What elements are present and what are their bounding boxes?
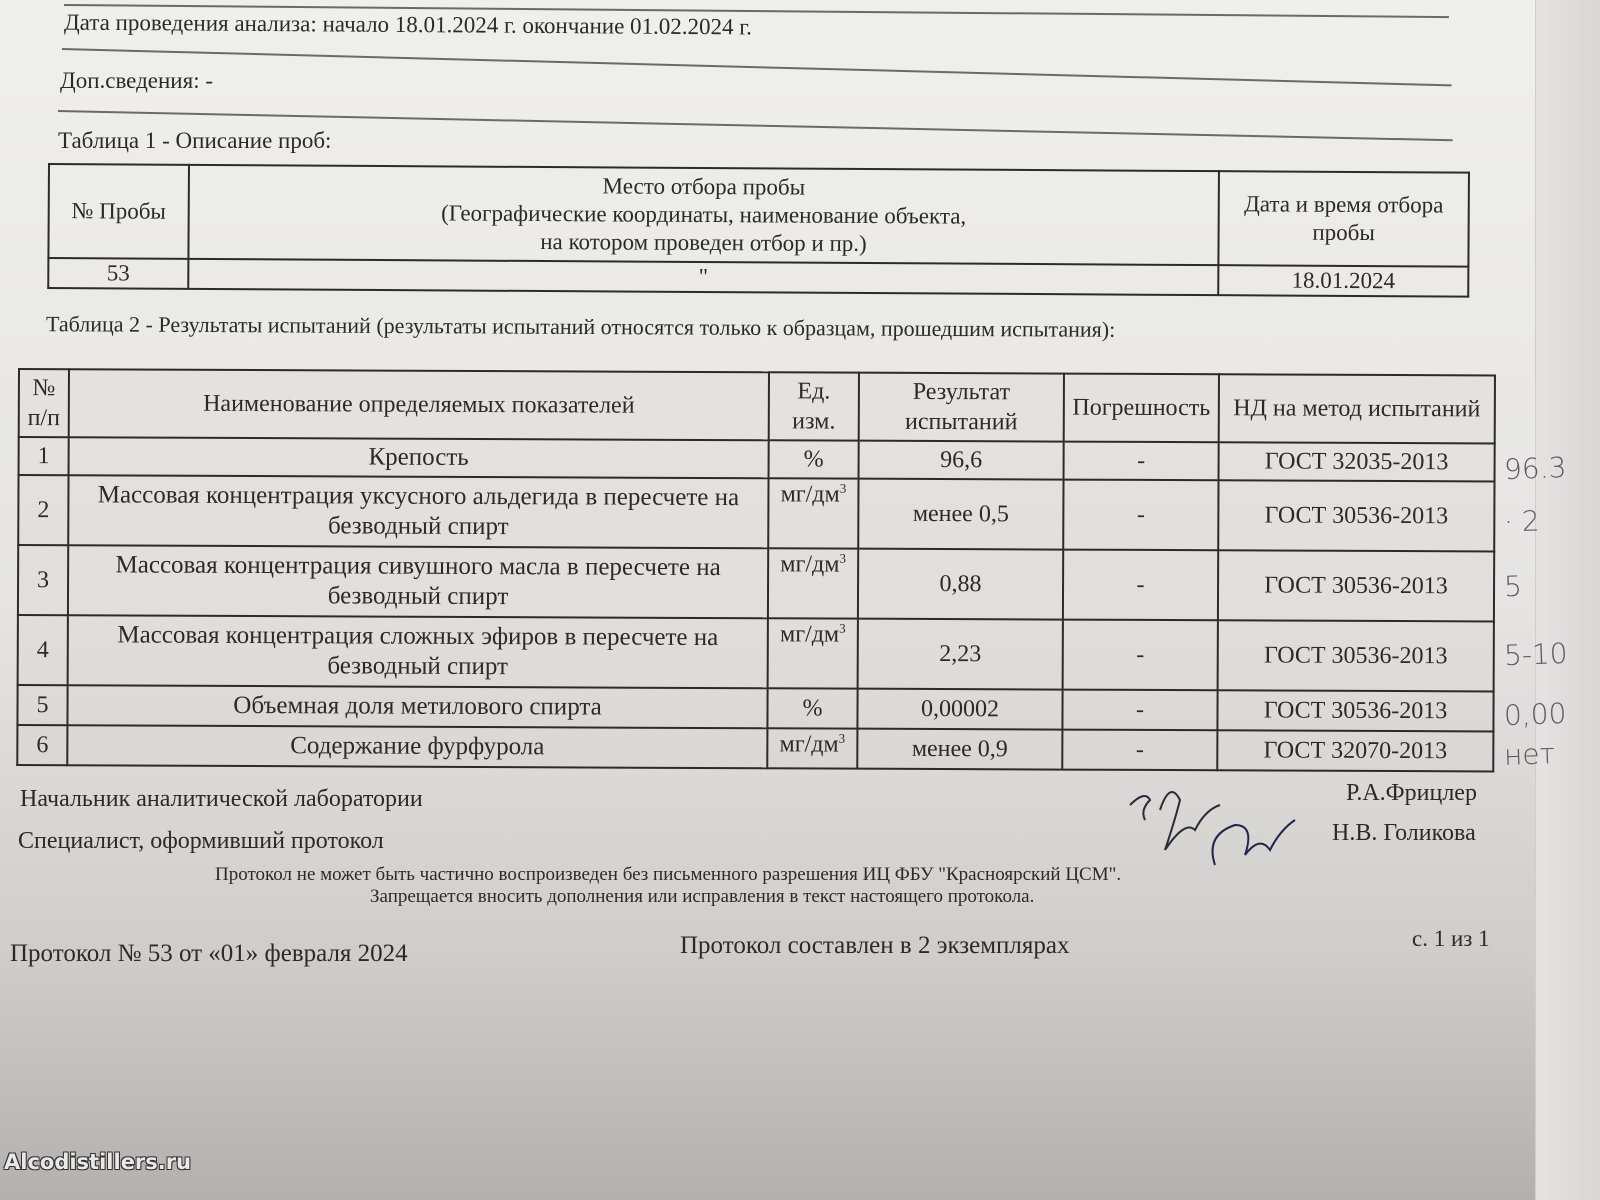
cell-datetime: 18.01.2024 xyxy=(1218,265,1468,297)
header-method: НД на метод испытаний xyxy=(1219,374,1495,443)
cell-no: 3 xyxy=(18,545,68,615)
header-name: Наименование определяемых показателей xyxy=(69,369,769,440)
analysis-dates: Дата проведения анализа: начало 18.01.20… xyxy=(64,10,752,41)
page-edge xyxy=(1535,0,1600,1200)
handwritten-note: 0,00 xyxy=(1503,697,1566,732)
cell-result: 0,00002 xyxy=(857,689,1062,730)
table1-caption: Таблица 1 - Описание проб: xyxy=(58,128,331,154)
unit-text: мг/дм xyxy=(780,621,839,647)
unit-text: мг/дм xyxy=(780,551,839,577)
cell-no: 4 xyxy=(18,615,68,685)
notice-reproduction: Протокол не может быть частично воспроиз… xyxy=(215,864,1121,886)
results-table: № п/п Наименование определяемых показате… xyxy=(16,368,1496,772)
table-row: 4Массовая концентрация сложных эфиров в … xyxy=(18,615,1494,691)
table-row: 1Крепость%96,6-ГОСТ 32035-2013 xyxy=(19,437,1495,481)
cell-unit: мг/дм3 xyxy=(767,728,857,768)
handwritten-note: · 2 xyxy=(1503,504,1540,538)
head-name: Р.А.Фрицлер xyxy=(1346,780,1477,807)
unit-text: мг/дм xyxy=(779,731,838,757)
cell-result: 2,23 xyxy=(858,619,1063,690)
table-row: 6Содержание фурфуроламг/дм3менее 0,9-ГОС… xyxy=(17,725,1493,771)
handwritten-note: 96.3 xyxy=(1503,451,1566,486)
table-row: 3Массовая концентрация сивушного масла в… xyxy=(18,545,1494,621)
protocol-copies: Протокол составлен в 2 экземплярах xyxy=(680,932,1070,960)
cell-result: 0,88 xyxy=(858,549,1063,620)
unit-superscript: 3 xyxy=(839,621,846,636)
table-header-row: № п/п Наименование определяемых показате… xyxy=(19,369,1495,443)
header-unit: Ед. изм. xyxy=(769,372,859,440)
table-row: 2Массовая концентрация уксусного альдеги… xyxy=(18,475,1494,551)
cell-name: Массовая концентрация уксусного альдегид… xyxy=(68,475,768,548)
unit-text: % xyxy=(804,446,824,472)
table-header-row: № Пробы Место отбора пробы (Географическ… xyxy=(48,164,1469,267)
cell-no: 6 xyxy=(17,725,67,765)
cell-method: ГОСТ 32070-2013 xyxy=(1217,730,1493,771)
head-title: Начальник аналитической лаборатории xyxy=(20,786,423,813)
cell-method: ГОСТ 32035-2013 xyxy=(1219,442,1495,481)
handwritten-note: 5 xyxy=(1503,570,1522,604)
header-location: Место отбора пробы (Географические коорд… xyxy=(188,165,1219,265)
notice-corrections: Запрещается вносить дополнения или испра… xyxy=(370,886,1034,908)
table-row: 5Объемная доля метилового спирта%0,00002… xyxy=(17,685,1493,731)
cell-no: 2 xyxy=(18,475,68,545)
cell-name: Крепость xyxy=(69,437,769,478)
cell-no: 5 xyxy=(17,685,67,725)
samples-table: № Пробы Место отбора пробы (Географическ… xyxy=(47,163,1470,298)
cell-unit: % xyxy=(769,440,859,478)
unit-text: мг/дм xyxy=(781,481,840,507)
protocol-number: Протокол № 53 от «01» февраля 2024 xyxy=(10,940,408,968)
cell-unit: мг/дм3 xyxy=(768,548,858,618)
cell-unit: мг/дм3 xyxy=(768,478,858,548)
unit-superscript: 3 xyxy=(840,481,847,496)
unit-superscript: 3 xyxy=(839,731,846,746)
cell-location: " xyxy=(188,259,1218,295)
cell-unit: мг/дм3 xyxy=(768,618,858,688)
specialist-name: Н.В. Голикова xyxy=(1332,820,1476,847)
unit-text: % xyxy=(802,695,822,721)
signature-scribble xyxy=(1120,770,1330,880)
additional-info: Доп.сведения: - xyxy=(60,68,213,94)
handwritten-note: 5-10 xyxy=(1503,637,1568,672)
cell-error: - xyxy=(1063,550,1218,621)
specialist-title: Специалист, оформивший протокол xyxy=(18,828,384,855)
header-datetime: Дата и время отбора пробы xyxy=(1218,171,1469,267)
cell-sample-no: 53 xyxy=(48,258,188,289)
watermark: Alcodistillers.ru xyxy=(4,1150,191,1174)
handwritten-note: нет xyxy=(1503,737,1555,772)
header-no: № п/п xyxy=(19,369,69,437)
cell-error: - xyxy=(1062,690,1217,731)
header-error: Погрешность xyxy=(1064,374,1219,443)
cell-method: ГОСТ 30536-2013 xyxy=(1218,620,1494,691)
cell-result: 96,6 xyxy=(859,441,1064,480)
cell-error: - xyxy=(1064,442,1219,481)
cell-unit: % xyxy=(767,688,857,728)
header-sample-no: № Пробы xyxy=(48,164,189,259)
cell-method: ГОСТ 30536-2013 xyxy=(1218,550,1494,621)
header-result: Результат испытаний xyxy=(859,373,1064,442)
cell-error: - xyxy=(1063,620,1218,691)
cell-no: 1 xyxy=(19,437,69,475)
cell-name: Содержание фурфурола xyxy=(67,725,767,768)
cell-name: Массовая концентрация сложных эфиров в п… xyxy=(68,615,768,688)
cell-error: - xyxy=(1063,480,1218,551)
unit-superscript: 3 xyxy=(839,551,846,566)
cell-result: менее 0,9 xyxy=(857,729,1062,770)
cell-method: ГОСТ 30536-2013 xyxy=(1217,690,1493,731)
cell-error: - xyxy=(1062,730,1217,771)
page-number: с. 1 из 1 xyxy=(1412,926,1490,952)
header-location-line3: на котором проведен отбор и пр.) xyxy=(193,226,1213,260)
cell-name: Массовая концентрация сивушного масла в … xyxy=(68,545,768,618)
cell-result: менее 0,5 xyxy=(858,479,1063,550)
cell-name: Объемная доля метилового спирта xyxy=(67,685,767,728)
cell-method: ГОСТ 30536-2013 xyxy=(1218,480,1494,551)
